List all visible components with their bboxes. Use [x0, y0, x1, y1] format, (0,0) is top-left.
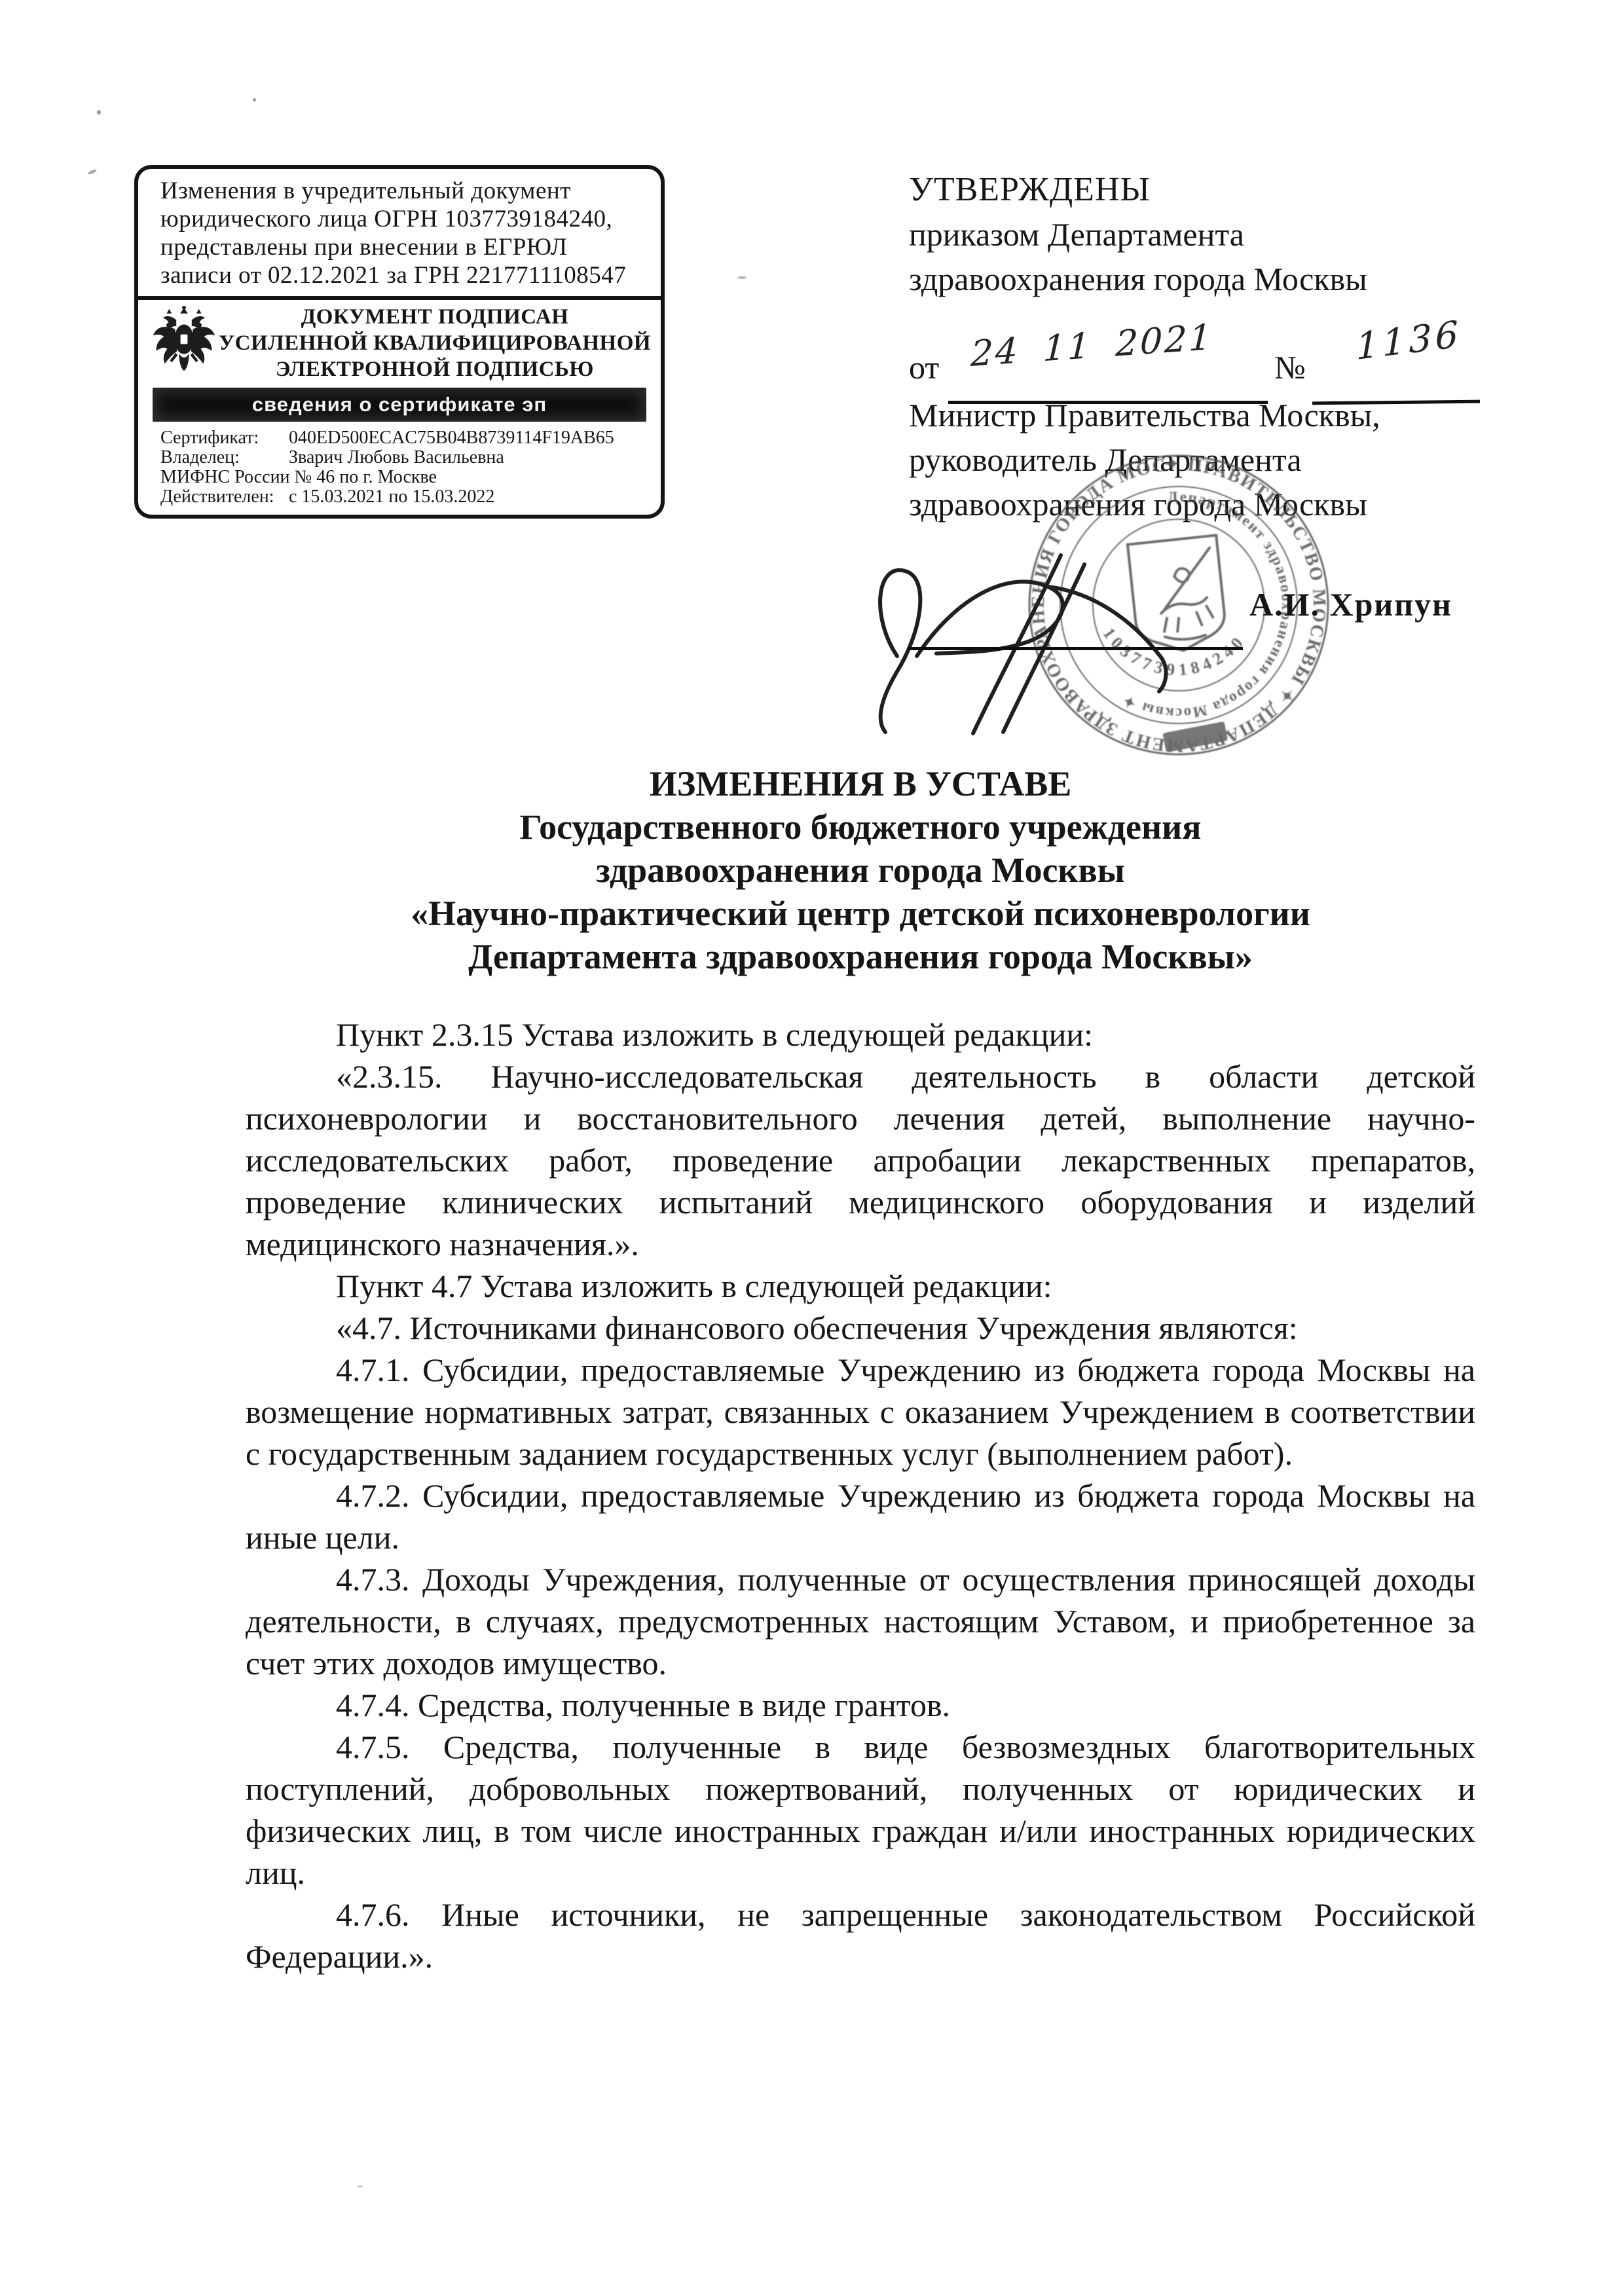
scan-speckle — [357, 2185, 363, 2188]
title-line: Государственного бюджетного учреждения — [246, 805, 1475, 849]
approval-line: здравоохранения города Москвы — [909, 257, 1498, 301]
signed-line: ЭЛЕКТРОННОЙ ПОДПИСЬЮ — [218, 356, 652, 382]
certificate-bar: сведения о сертификате эп — [153, 388, 646, 422]
paragraph: 4.7.1. Субсидии, предоставляемые Учрежде… — [246, 1349, 1475, 1475]
date-prefix: от — [909, 348, 939, 386]
scan-speckle — [88, 168, 98, 175]
number-sign: № — [1274, 348, 1306, 386]
document-title: ИЗМЕНЕНИЯ В УСТАВЕ Государственного бюдж… — [246, 762, 1475, 978]
paragraph: 4.7.2. Субсидии, предоставляемые Учрежде… — [246, 1475, 1475, 1558]
title-line: «Научно-практический центр детской психо… — [246, 892, 1475, 935]
egrul-line: Изменения в учредительный документ — [160, 177, 648, 205]
cert-label: Сертификат: — [160, 428, 289, 448]
cert-value: 040ED500ECAC75B04B8739114F19AB65 — [289, 428, 654, 448]
title-line: здравоохранения города Москвы — [246, 849, 1475, 892]
approval-line: приказом Департамента — [909, 212, 1498, 257]
egrul-stamp-box: Изменения в учредительный документ юриди… — [134, 165, 665, 519]
egrul-line: записи от 02.12.2021 за ГРН 221771110854… — [160, 261, 648, 289]
handwritten-date: 24 11 2021 — [970, 316, 1213, 375]
approval-block: УТВЕРЖДЕНЫ приказом Департамента здравоо… — [909, 168, 1498, 301]
cert-row: МИФНС России № 46 по г. Москве — [160, 468, 654, 487]
certificate-details: Сертификат: 040ED500ECAC75B04B8739114F19… — [138, 422, 661, 515]
document-body: Пункт 2.3.15 Устава изложить в следующей… — [246, 1014, 1475, 1977]
paragraph: 4.7.3. Доходы Учреждения, полученные от … — [246, 1558, 1475, 1684]
paragraph: 4.7.5. Средства, полученные в виде безво… — [246, 1726, 1475, 1894]
signed-section: ДОКУМЕНТ ПОДПИСАН УСИЛЕННОЙ КВАЛИФИЦИРОВ… — [138, 296, 661, 385]
cert-label: МИФНС России № 46 по г. Москве — [160, 468, 654, 487]
egrul-line: юридического лица ОГРН 1037739184240, — [160, 205, 648, 233]
title-line: ИЗМЕНЕНИЯ В УСТАВЕ — [246, 762, 1475, 805]
cert-row: Сертификат: 040ED500ECAC75B04B8739114F19… — [160, 428, 654, 448]
cert-row: Действителен: с 15.03.2021 по 15.03.2022 — [160, 487, 654, 507]
approval-title: УТВЕРЖДЕНЫ — [909, 168, 1498, 212]
scan-speckle — [737, 276, 747, 279]
paragraph: «2.3.15. Научно-исследовательская деятел… — [246, 1056, 1475, 1265]
signature-stroke — [851, 532, 1270, 741]
paragraph: «4.7. Источниками финансового обеспечени… — [246, 1307, 1475, 1349]
double-headed-eagle-icon — [150, 306, 218, 380]
cert-label: Действителен: — [160, 487, 289, 507]
cert-value: Зварич Любовь Васильевна — [289, 448, 654, 468]
signatory-name: А.И. Хрипун — [1249, 585, 1452, 623]
signed-line: ДОКУМЕНТ ПОДПИСАН — [218, 304, 652, 330]
handwritten-number: 1136 — [1356, 313, 1462, 369]
paragraph: Пункт 4.7 Устава изложить в следующей ре… — [246, 1265, 1475, 1307]
scan-speckle — [253, 98, 256, 101]
signed-text: ДОКУМЕНТ ПОДПИСАН УСИЛЕННОЙ КВАЛИФИЦИРОВ… — [218, 304, 652, 382]
signatory-line: Министр Правительства Москвы, — [909, 393, 1498, 437]
paragraph: Пункт 2.3.15 Устава изложить в следующей… — [246, 1014, 1475, 1056]
paragraph: 4.7.4. Средства, полученные в виде грант… — [246, 1684, 1475, 1726]
egrul-header: Изменения в учредительный документ юриди… — [138, 169, 661, 296]
scanned-document-page: Изменения в учредительный документ юриди… — [0, 0, 1624, 2295]
cert-row: Владелец: Зварич Любовь Васильевна — [160, 448, 654, 468]
signed-line: УСИЛЕННОЙ КВАЛИФИЦИРОВАННОЙ — [218, 330, 652, 356]
signature-line — [908, 647, 1243, 650]
title-line: Департамента здравоохранения города Моск… — [246, 935, 1475, 978]
egrul-line: представлены при внесении в ЕГРЮЛ — [160, 233, 648, 261]
scan-speckle — [97, 110, 101, 115]
cert-label: Владелец: — [160, 448, 289, 468]
paragraph: 4.7.6. Иные источники, не запрещенные за… — [246, 1894, 1475, 1977]
cert-value: с 15.03.2021 по 15.03.2022 — [289, 487, 654, 507]
